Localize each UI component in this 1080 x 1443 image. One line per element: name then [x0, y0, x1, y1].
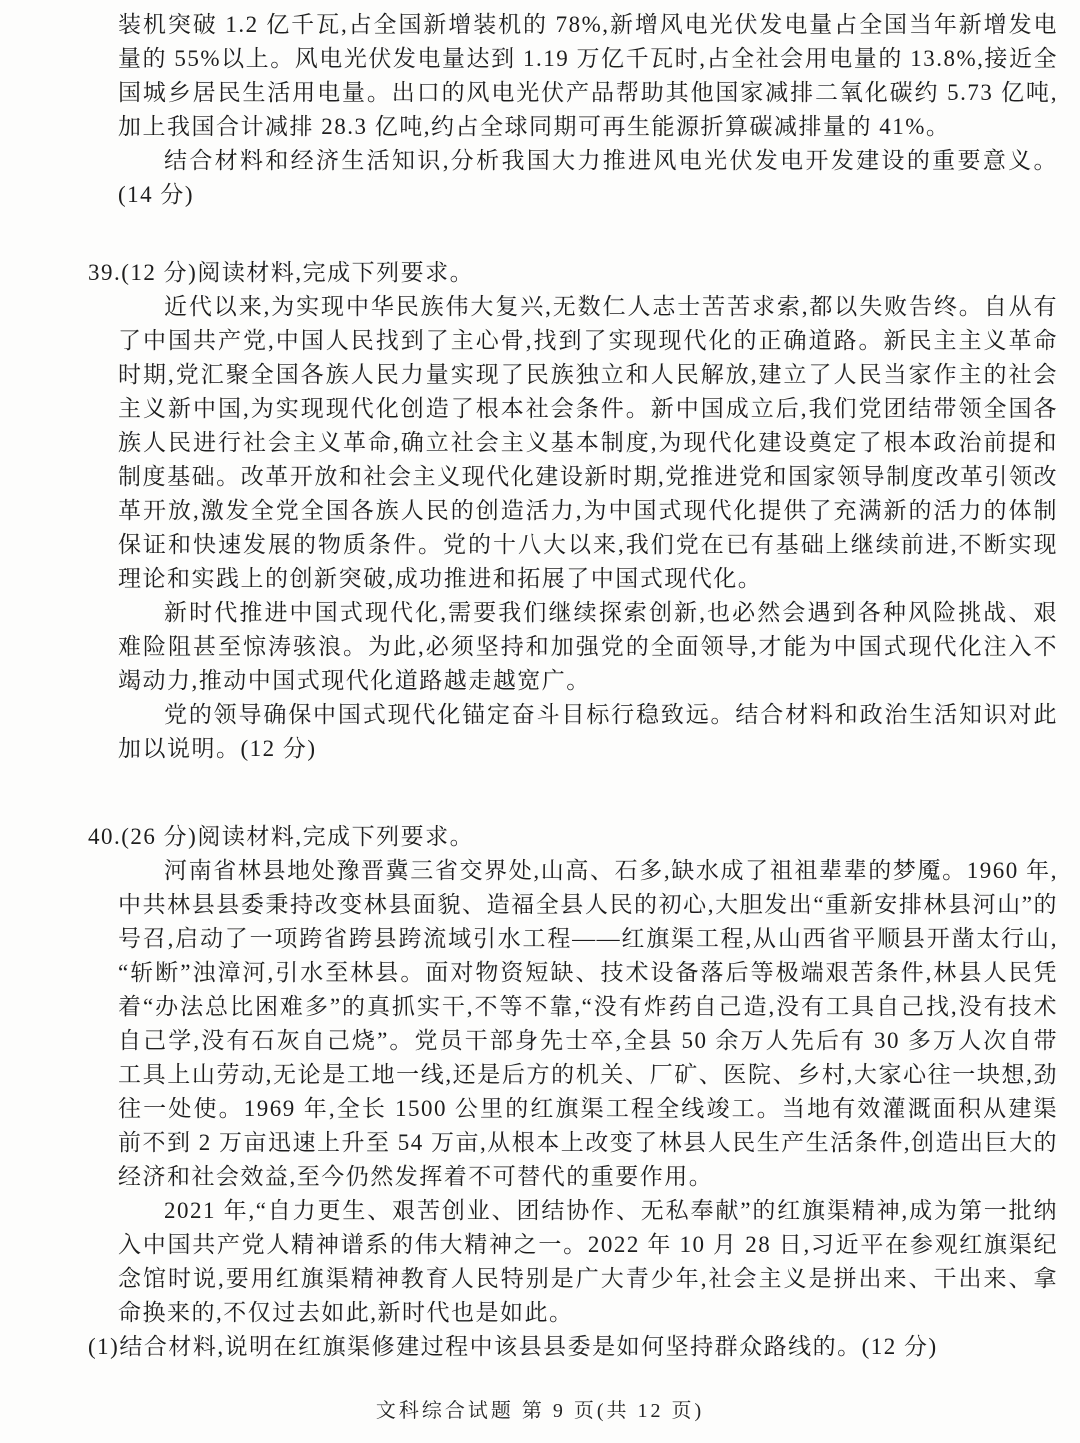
q39-material-paragraph-1: 近代以来,为实现中华民族伟大复兴,无数仁人志士苦苦求索,都以失败告终。自从有了中…	[118, 290, 1058, 596]
q40-material-paragraph-2: 2021 年,“自力更生、艰苦创业、团结协作、无私奉献”的红旗渠精神,成为第一批…	[118, 1194, 1058, 1330]
section-question-39: 39.(12 分)阅读材料,完成下列要求。 近代以来,为实现中华民族伟大复兴,无…	[118, 256, 1058, 766]
q38-task-text: 结合材料和经济生活知识,分析我国大力推进风电光伏发电开发建设的重要意义。(14 …	[118, 144, 1058, 212]
q38-material-continuation-text: 装机突破 1.2 亿千瓦,占全国新增装机的 78%,新增风电光伏发电量占全国当年…	[118, 8, 1058, 144]
page-footer: 文科综合试题 第 9 页(共 12 页)	[0, 1394, 1080, 1423]
exam-body: 装机突破 1.2 亿千瓦,占全国新增装机的 78%,新增风电光伏发电量占全国当年…	[88, 8, 1058, 1364]
q40-subquestion-1: (1)结合材料,说明在红旗渠修建过程中该县县委是如何坚持群众路线的。(12 分)	[88, 1330, 1058, 1364]
q39-material-paragraph-2: 新时代推进中国式现代化,需要我们继续探索创新,也必然会遇到各种风险挑战、艰难险阻…	[118, 596, 1058, 698]
q40-material-paragraph-1: 河南省林县地处豫晋冀三省交界处,山高、石多,缺水成了祖祖辈辈的梦魇。1960 年…	[118, 854, 1058, 1194]
page-footer-text: 文科综合试题 第 9 页(共 12 页)	[376, 1400, 704, 1422]
section-question-38-continuation: 装机突破 1.2 亿千瓦,占全国新增装机的 78%,新增风电光伏发电量占全国当年…	[118, 8, 1058, 212]
q39-task-paragraph: 党的领导确保中国式现代化锚定奋斗目标行稳致远。结合材料和政治生活知识对此加以说明…	[118, 698, 1058, 766]
q39-heading: 39.(12 分)阅读材料,完成下列要求。	[88, 256, 1058, 290]
exam-page: 装机突破 1.2 亿千瓦,占全国新增装机的 78%,新增风电光伏发电量占全国当年…	[0, 0, 1080, 1443]
section-question-40: 40.(26 分)阅读材料,完成下列要求。 河南省林县地处豫晋冀三省交界处,山高…	[118, 820, 1058, 1364]
q40-heading: 40.(26 分)阅读材料,完成下列要求。	[88, 820, 1058, 854]
